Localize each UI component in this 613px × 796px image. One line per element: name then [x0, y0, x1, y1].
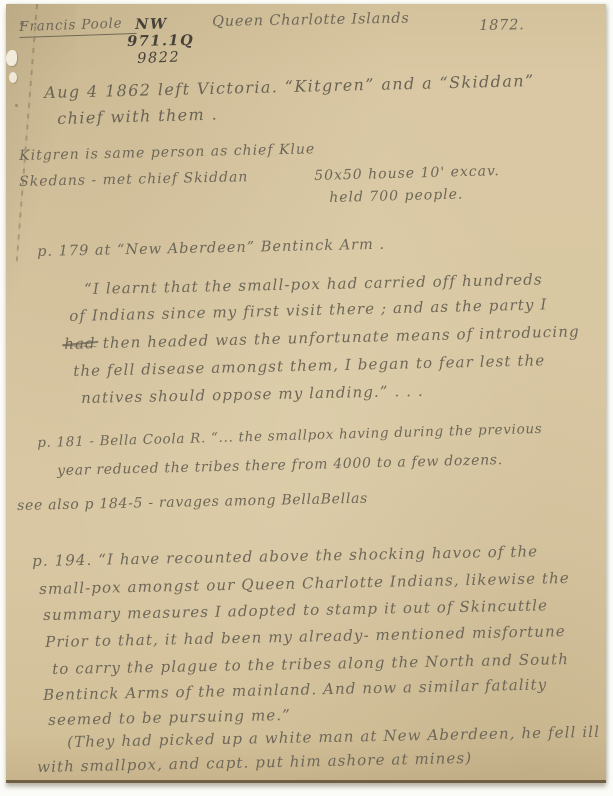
- note-aside-house: 50x50 house 10' excav.: [314, 163, 500, 184]
- parenthetical-note-line: (They had picked up a white man at New A…: [67, 723, 600, 751]
- quote-194-line: Prior to that, it had been my already- m…: [45, 622, 566, 651]
- call-number-class: 971.1Q: [127, 32, 194, 50]
- quote-179-line-rest: then headed was the unfortunate means of…: [103, 322, 580, 352]
- see-also-note: see also p 184-5 - ravages among BellaBe…: [17, 491, 368, 514]
- note-line-skedans: Skedans - met chief Skiddan: [19, 169, 249, 190]
- paper-chip: [6, 50, 17, 66]
- quote-181-line: year reduced the tribes there from 4000 …: [57, 452, 503, 479]
- page-ref-194: p. 194. “I have recounted above the shoc…: [32, 542, 538, 570]
- document-title: Queen Charlotte Islands: [212, 11, 410, 30]
- paper-speck: [15, 104, 18, 107]
- struck-word: had: [64, 334, 96, 353]
- quote-179-line: hadthen headed was the unfortunate means…: [64, 322, 580, 353]
- call-number-region: NW: [135, 15, 168, 33]
- call-number-cutter: 9822: [137, 50, 180, 67]
- document-year: 1872.: [479, 17, 525, 34]
- note-line-aug4-cont: chief with them .: [57, 105, 218, 128]
- paper-chip: [9, 72, 17, 83]
- author-name: Francis Poole: [19, 15, 137, 38]
- note-aside-people: held 700 people.: [329, 186, 464, 206]
- quote-194-line: small-pox amongst our Queen Charlotte In…: [39, 569, 570, 598]
- quote-179-line: the fell disease amongst them, I began t…: [73, 351, 545, 380]
- scan-background: Francis Poole NW 971.1Q 9822 Queen Charl…: [0, 0, 613, 796]
- note-line-aug4: Aug 4 1862 left Victoria. “Kitgren” and …: [44, 71, 535, 102]
- manuscript-page: Francis Poole NW 971.1Q 9822 Queen Charl…: [6, 4, 606, 783]
- quote-194-line: summary measures I adopted to stamp it o…: [43, 596, 548, 624]
- quote-194-line: seemed to be pursuing me.”: [48, 706, 291, 729]
- page-ref-179: p. 179 at “New Aberdeen” Bentinck Arm .: [37, 237, 385, 260]
- page-ref-181: p. 181 - Bella Coola R. “... the smallpo…: [37, 421, 543, 451]
- quote-179-line: “I learnt that the small-pox had carried…: [84, 270, 543, 298]
- quote-194-line: to carry the plague to the tribes along …: [52, 650, 569, 678]
- parenthetical-note-line: with smallpox, and capt. put him ashore …: [37, 749, 472, 776]
- quote-179-line: of Indians since my first visit there ; …: [69, 295, 548, 325]
- quote-194-line: Bentinck Arms of the mainland. And now a…: [43, 675, 547, 704]
- quote-179-line: natives should oppose my landing.” . . .: [81, 382, 424, 407]
